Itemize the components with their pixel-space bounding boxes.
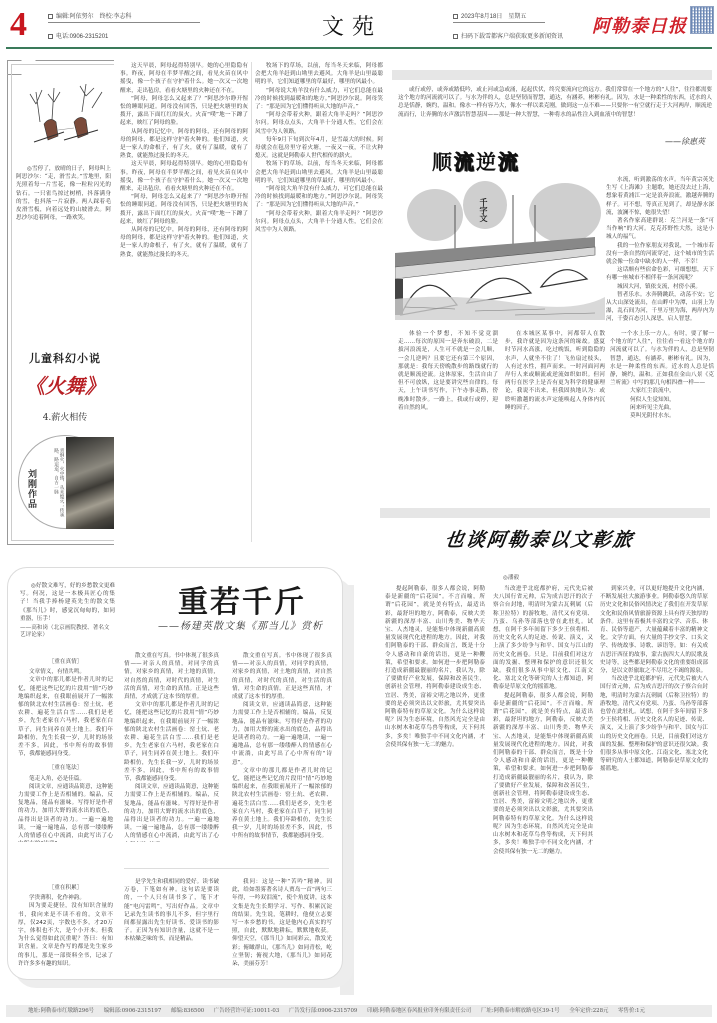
- story-column-1: 这天早晨，阿母起得特别早。她的心里隐隐有事。昨夜，阿母在半梦半醒之间，看见火苗在…: [120, 62, 248, 542]
- feature-right-column: 水流，听到激荡的水声。当年黄宗英先生写《上海滩》主题歌，她还没去过上海，想象着黄…: [606, 176, 714, 321]
- column-divider: [251, 62, 252, 542]
- feature-band-top: [392, 70, 712, 80]
- footer-imprint: 地址:阿勒泰市红墩路296号 编辑部:0906-2315197 邮编:83650…: [6, 1005, 712, 1017]
- review-column-6: 我问：这是一种“苦吟”精神。因此，给如墨雾著名诗人贾岛一首“两句三年得，一吟双泪…: [232, 878, 332, 978]
- masthead-divider: [6, 47, 712, 49]
- checkbox-bullet-icon: [453, 14, 458, 19]
- feature-byline: ◎潘毅: [503, 573, 519, 581]
- yetan-column-1: 提起阿勒泰，很多人都会说，阿勒泰是新疆的“后花园”。不言而喻，所谓“后花园”，就…: [385, 585, 485, 995]
- masthead: 4 编辑:阿依努尔 终校:李志科 电话:0906-2315201 文苑 2023…: [0, 0, 717, 50]
- poem-line: 何似人生觉知知，: [610, 396, 714, 404]
- review-headline: 重若千斤: [178, 577, 306, 621]
- bridge-sketch-illustration: [395, 175, 605, 320]
- review-column-2: 散文重在写真。书中体现了很多真情——对亲人的真情，对同学的真情，对家乡的真情，对…: [124, 652, 219, 842]
- review-column-5: 是学先生和我相同的爱好。读书破万卷，下笔如有神。这句话是要读的，一个人只有读书多…: [124, 878, 219, 978]
- review-column-4: ［重在积累］ 学贵薄积，化作神韵。 因为要走捷径，没有知识含量的书，我向来是不读…: [18, 878, 113, 978]
- poem-line: 莫叫光阴付水东。: [610, 412, 714, 420]
- masthead-rule-left: [48, 22, 200, 23]
- section-heading: ［重在笔法］: [18, 764, 113, 772]
- author-poem: 青铜火，火中铸，从未熄灭；传承路，路迢迢，自古一脉: [42, 448, 64, 518]
- section-title: 文苑: [322, 10, 382, 41]
- feature-headline-yetan: 也谈阿勒泰以文彰旅: [443, 525, 636, 552]
- author-signature: ——徐惠英: [665, 136, 705, 147]
- feature-bottom-column-1: 体验一个梦想，不知不觉竟溜走……每次的原因一是奔东破浪，二是拔河浪流是，人生可不…: [398, 330, 498, 496]
- feature-headline: 顺流逆流: [432, 146, 520, 175]
- issue-date: 2023年8月18日 星期五: [453, 11, 526, 20]
- author-name: 刘刚作品: [28, 470, 38, 510]
- series-label: 儿童科幻小说: [15, 350, 115, 366]
- masthead-rule-right: [453, 22, 545, 23]
- editor-phone: 电话:0906-2315201: [48, 31, 108, 40]
- feature-bottom-column-3: 一个水上乐一方人。有时，要了解一个地方的“人往”，往往看一看这个地方的河流就可以…: [610, 330, 714, 496]
- yetan-column-2: 当改进乎北庭都护府，元代先后被夫八国行省元帅，后为成吉思汗的次子察合台封地，明清…: [493, 585, 593, 995]
- checkbox-bullet-icon: [48, 14, 53, 19]
- serial-novel-intro: ◎雪停了，放晴的日子，阿母叫上阿思沙尔：“走，滑雪去。”雪地里，阳光照着每一片雪…: [16, 165, 111, 315]
- feature-lede: 或行或停，或奔或踏低吟，或止河或急或涌，起起伏伏，终究要流向它的远方。我们常常在…: [398, 86, 712, 120]
- review-subhead: ——杨建英散文集《那当儿》赏析: [158, 617, 323, 632]
- checkbox-bullet-icon: [453, 34, 458, 39]
- section-heading: ［重在真情］: [18, 658, 113, 666]
- story-column-2: 牧场下的草场，以前，每当冬天来临，阿母都会把大角羊赶到山坳里去避风。大角羊是山里…: [255, 62, 383, 542]
- scan-prompt: 扫码下载雪都客户端获取更多新闻资讯: [453, 31, 563, 40]
- checkbox-bullet-icon: [48, 34, 53, 39]
- pull-quote-source: ——高和岗（北京画院教授、著名文艺评论家）: [20, 625, 115, 639]
- chapter-title: 4.薪火相传: [15, 410, 115, 423]
- skiing-sketch-illustration: [22, 82, 110, 152]
- poem-line: 大家红尘浪流中，: [610, 387, 714, 395]
- review-column-1: ［重在真情］ 文章情义，有情共鸣。 文章中的那儿都是作者儿时的记忆，能把这些记忆…: [18, 652, 113, 842]
- poem-line: 闲来听见尘光曲，: [610, 404, 714, 412]
- editor-credit: 编辑:阿依努尔 终校:李志科: [48, 11, 131, 20]
- novel-title: 《火舞》: [12, 370, 118, 399]
- review-column-3: 散文重在写真。书中体现了很多真情——对亲人的真情，对同学的真情，对家乡的真情，对…: [232, 652, 332, 842]
- vertical-author-credit: 千字文: [480, 198, 488, 222]
- qr-code-icon[interactable]: [690, 6, 714, 34]
- section-heading: ［重在积累］: [18, 884, 113, 892]
- card-divider: [124, 868, 329, 869]
- newspaper-logo: 阿勒泰日报: [592, 12, 687, 38]
- page-number: 4: [10, 8, 27, 42]
- feature-band-middle: [380, 508, 710, 518]
- yetan-column-3: 到家兴业，可以更好地提升文化内涵，不断发展壮大旅游事业。阿勒泰悠久的草原历史文化…: [600, 585, 708, 995]
- feature-bottom-column-2: 在本城区某事中，河都带人在散步，我许就是因为这条河的缘故。盛夏时节河水高涨，吃过…: [505, 330, 605, 496]
- rock-carving-photo: [66, 437, 114, 529]
